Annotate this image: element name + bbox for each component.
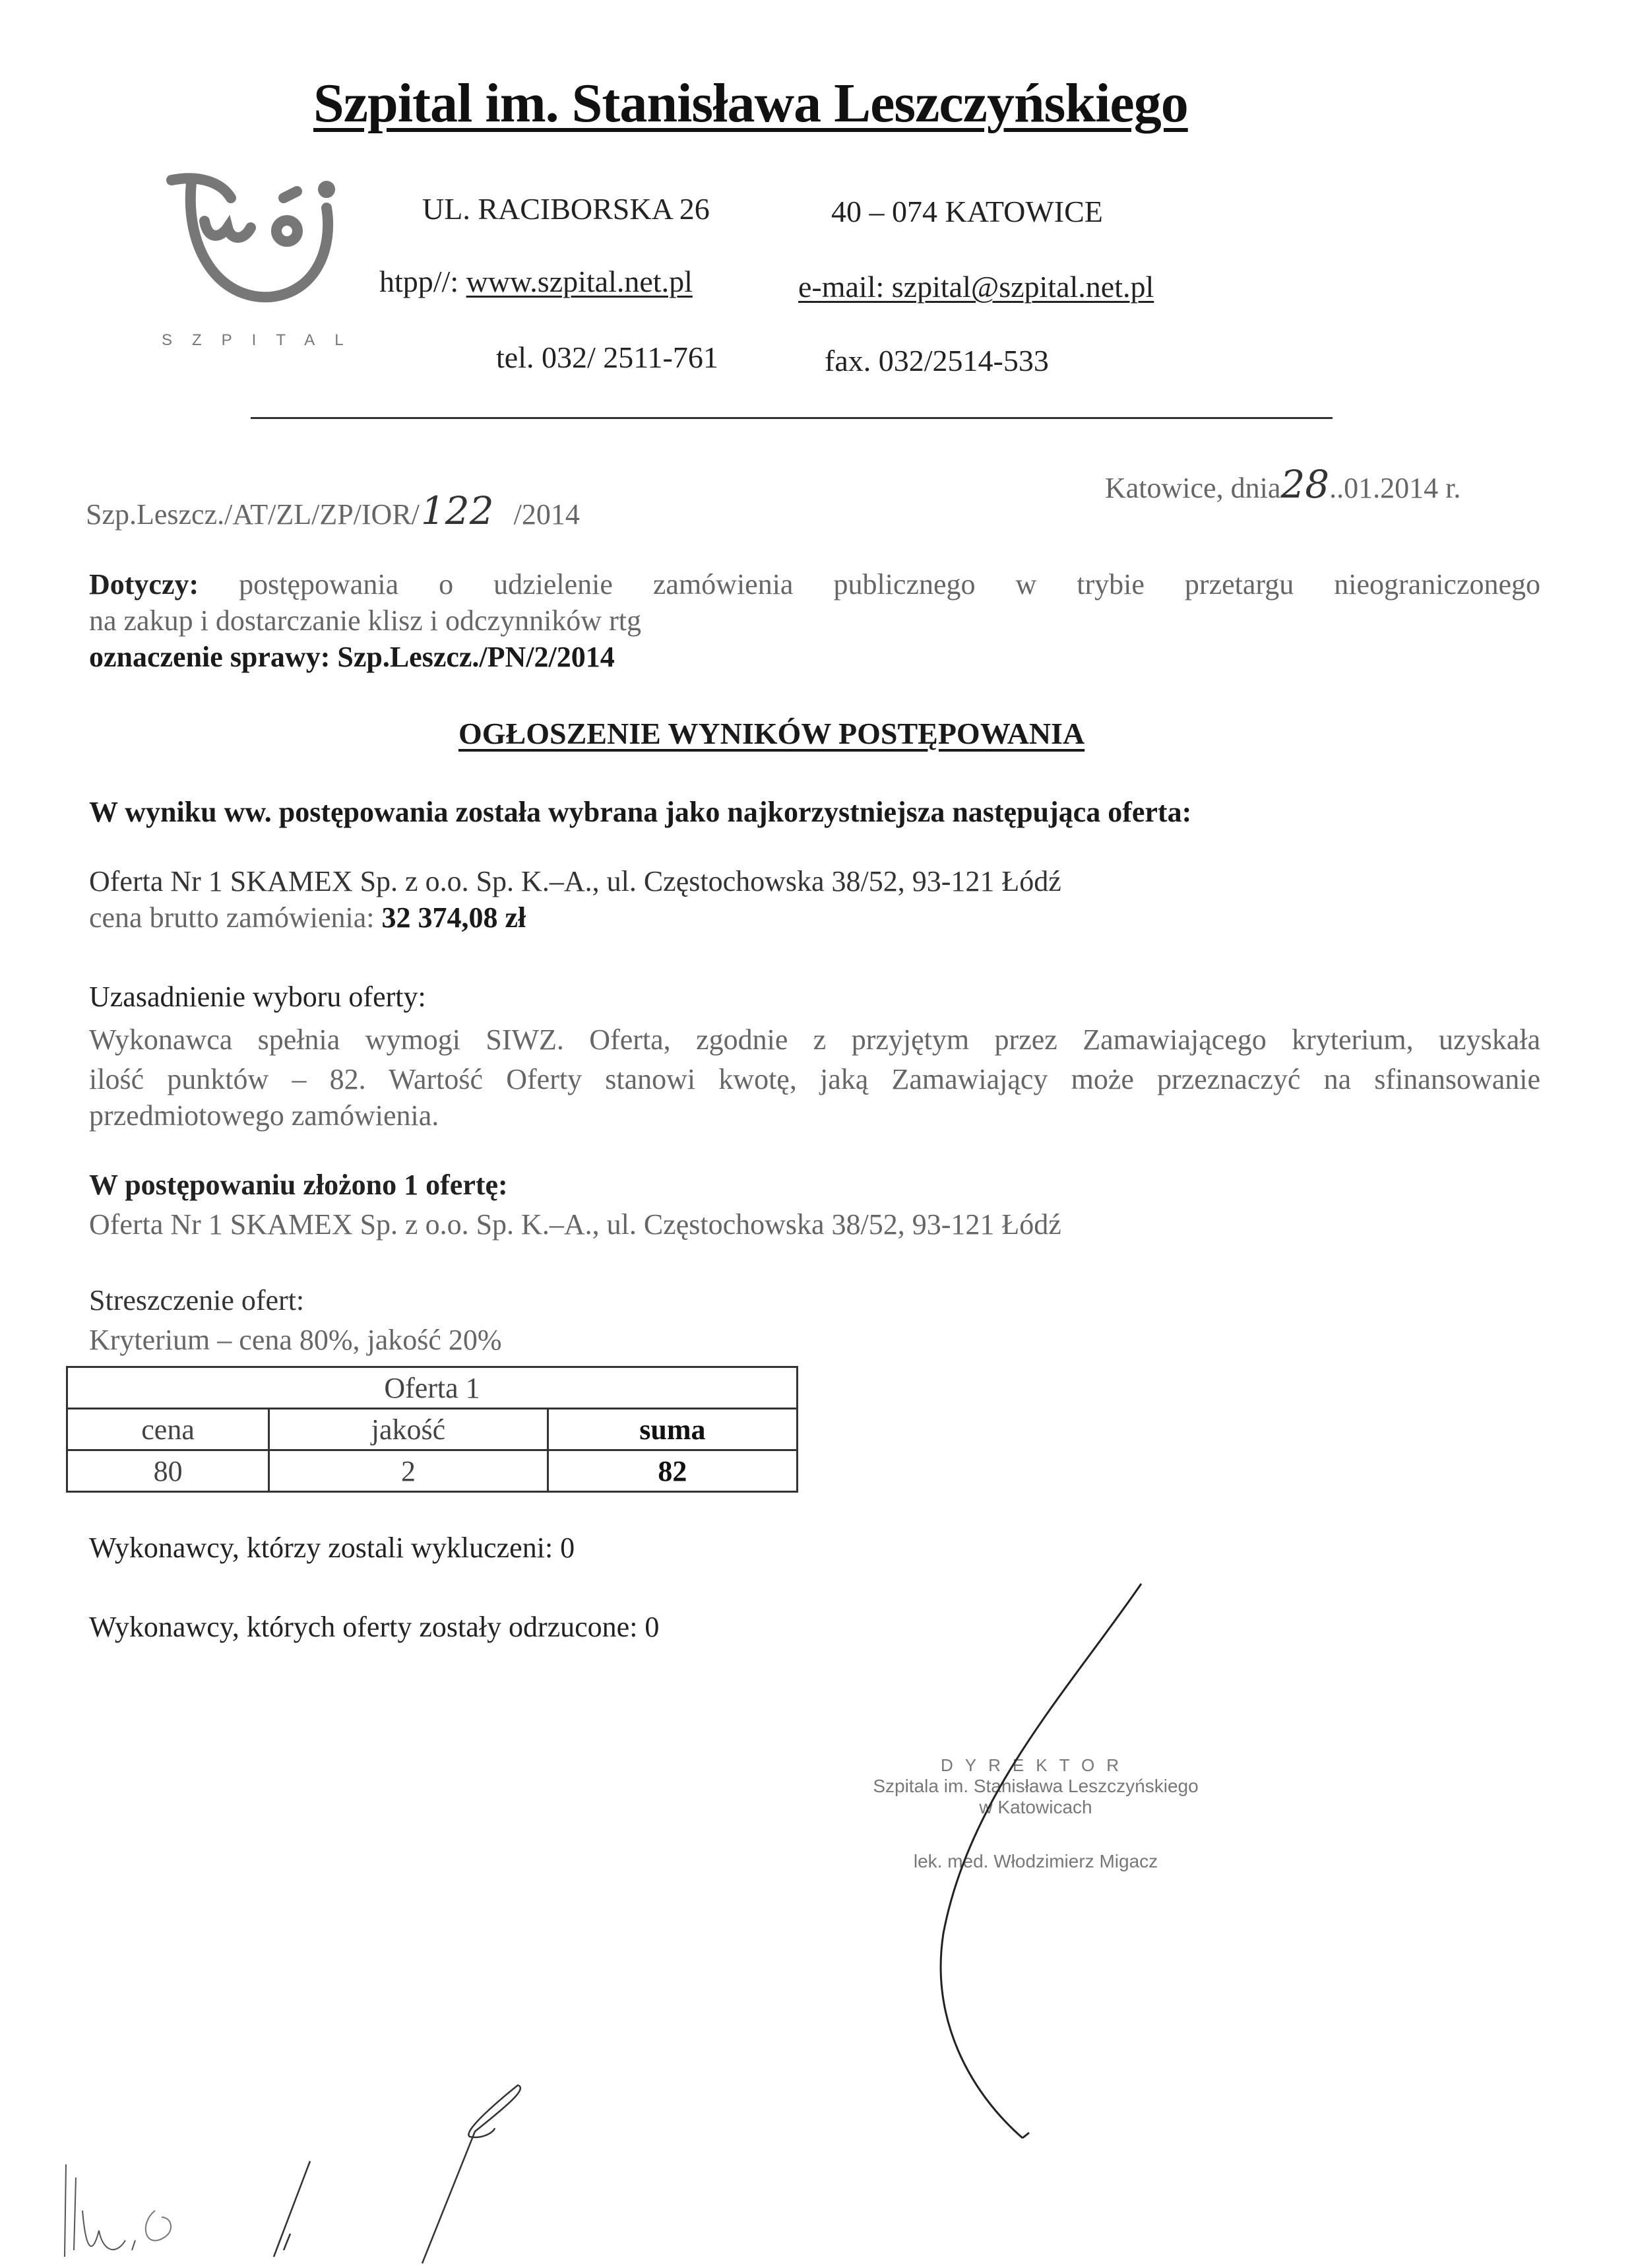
signature-icon — [0, 0, 1636, 2268]
